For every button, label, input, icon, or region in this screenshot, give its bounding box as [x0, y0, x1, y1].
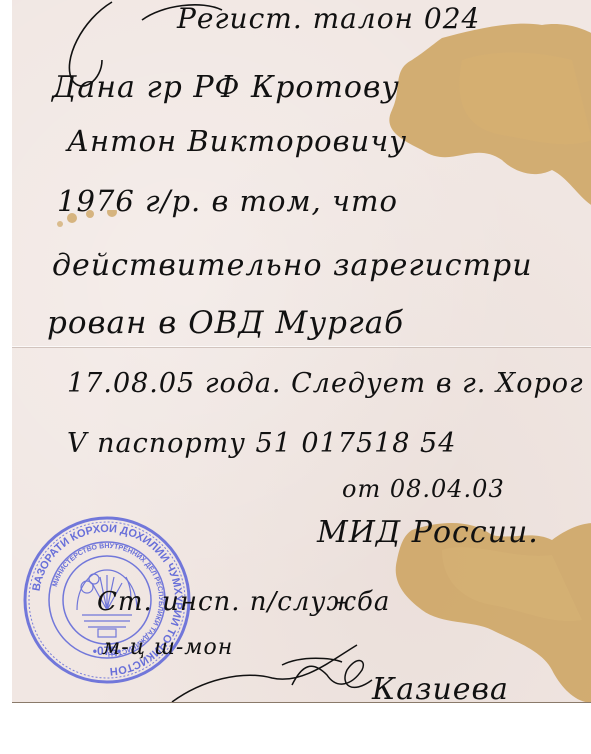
handwritten-line-3: Антон Викторовичу — [67, 124, 407, 158]
handwritten-line-11: Ст. инсп. п/служба — [97, 587, 390, 617]
handwritten-line-8: V паспорту 51 017518 54 — [67, 428, 456, 459]
handwritten-line-9: от 08.04.03 — [342, 475, 505, 503]
handwritten-line-6: рован в ОВД Мургаб — [47, 305, 404, 341]
handwritten-line-5: действительно зарегистри — [52, 248, 533, 283]
flourish-stroke — [42, 0, 242, 110]
signature-name: Казиева — [372, 672, 509, 703]
paper-fold-crease — [12, 346, 591, 347]
signature-scribble — [162, 630, 392, 703]
handwritten-line-7: 17.08.05 года. Следует в г. Хорог — [67, 368, 584, 399]
handwritten-line-10: МИД России. — [317, 515, 539, 550]
stain-top-right — [382, 20, 591, 220]
handwritten-line-4: 1976 г/р. в том, что — [57, 184, 398, 218]
document-page: ВАЗОРАТИ КОРХОИ ДОХИЛИИ ЧУМХУРИИ ТОЧИКИС… — [12, 0, 591, 703]
